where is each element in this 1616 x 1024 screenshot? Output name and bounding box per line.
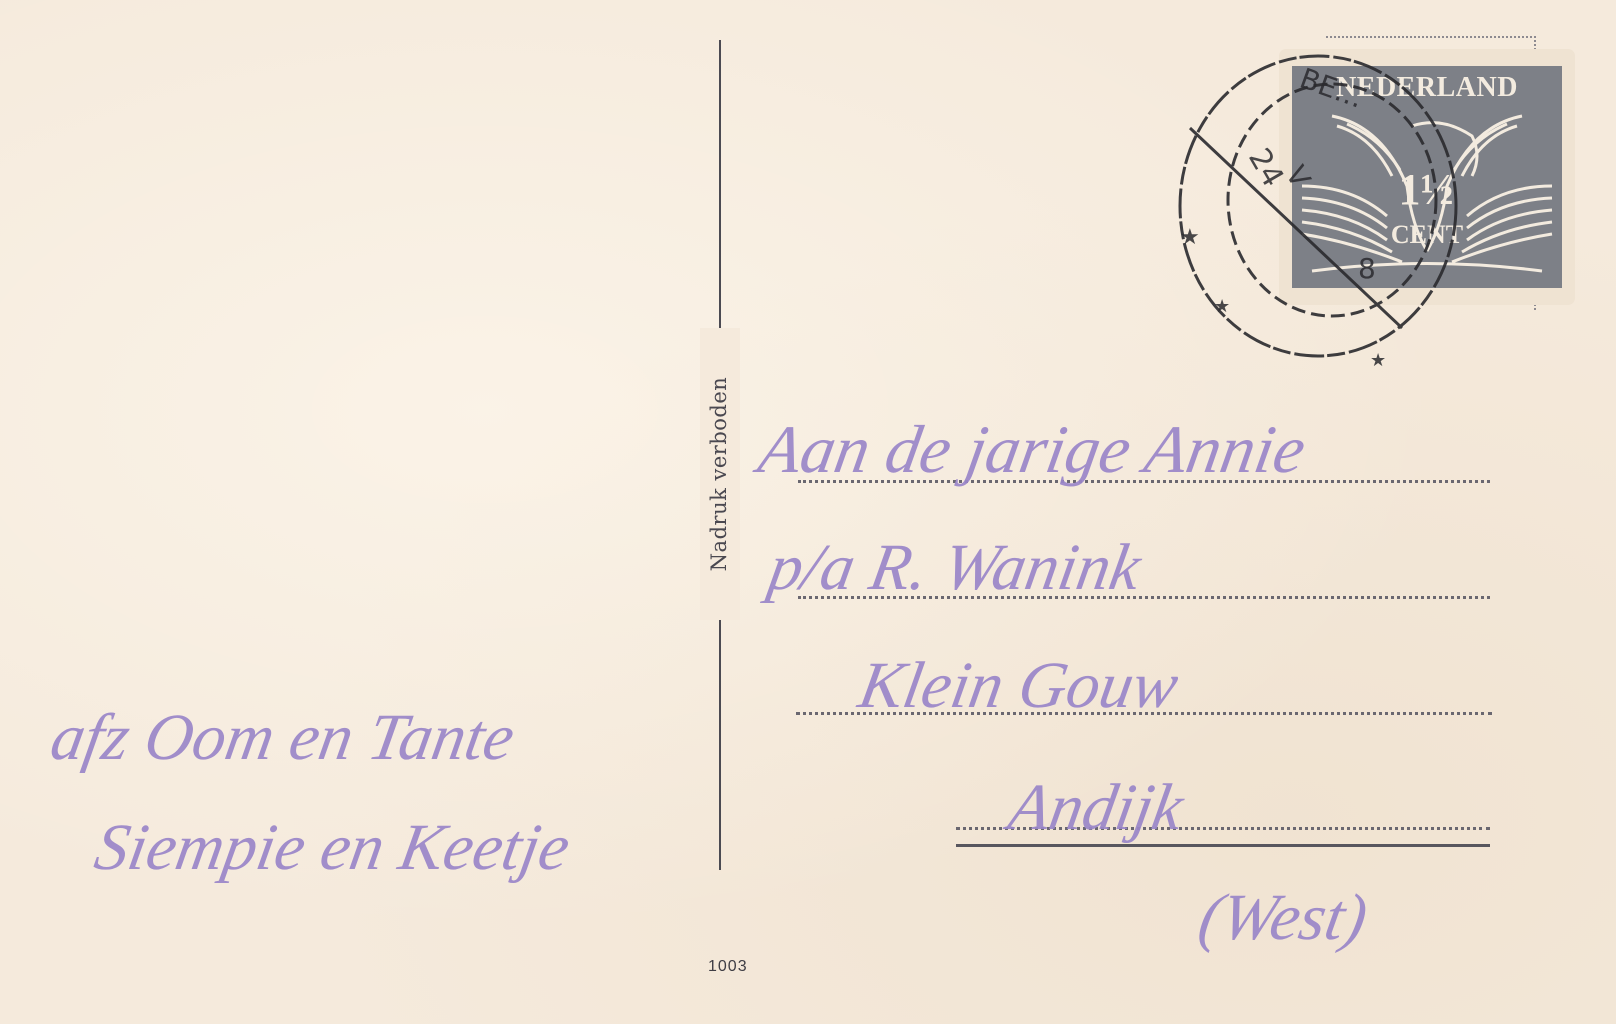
address-recipient: Aan de jarige Annie: [753, 410, 1311, 489]
reprint-prohibited-imprint: Nadruk verboden: [707, 377, 731, 572]
address-region: (West): [1193, 880, 1373, 956]
address-care-of: p/a R. Wanink: [763, 530, 1146, 606]
address-street: Klein Gouw: [853, 648, 1184, 724]
message-sender-line-2: Siempie en Keetje: [89, 810, 575, 886]
postmark-cancel: 24 V 8 BE… ★ ★ ★: [1170, 48, 1460, 368]
postmark-star-icon: ★: [1180, 225, 1200, 250]
postmark-star-icon: ★: [1370, 350, 1386, 368]
serial-number: 1003: [708, 958, 748, 976]
postcard-back: Nadruk verboden 1003 Aan de jarige Annie…: [0, 0, 1616, 1024]
postmark-hour: 8: [1358, 252, 1376, 285]
postmark-date-day: 24: [1241, 143, 1290, 194]
postmark-place: BE…: [1296, 62, 1368, 115]
message-sender-line-1: afz Oom en Tante: [45, 700, 520, 776]
postmark-star-icon: ★: [1214, 296, 1230, 317]
address-town: Andijk: [1003, 770, 1189, 846]
